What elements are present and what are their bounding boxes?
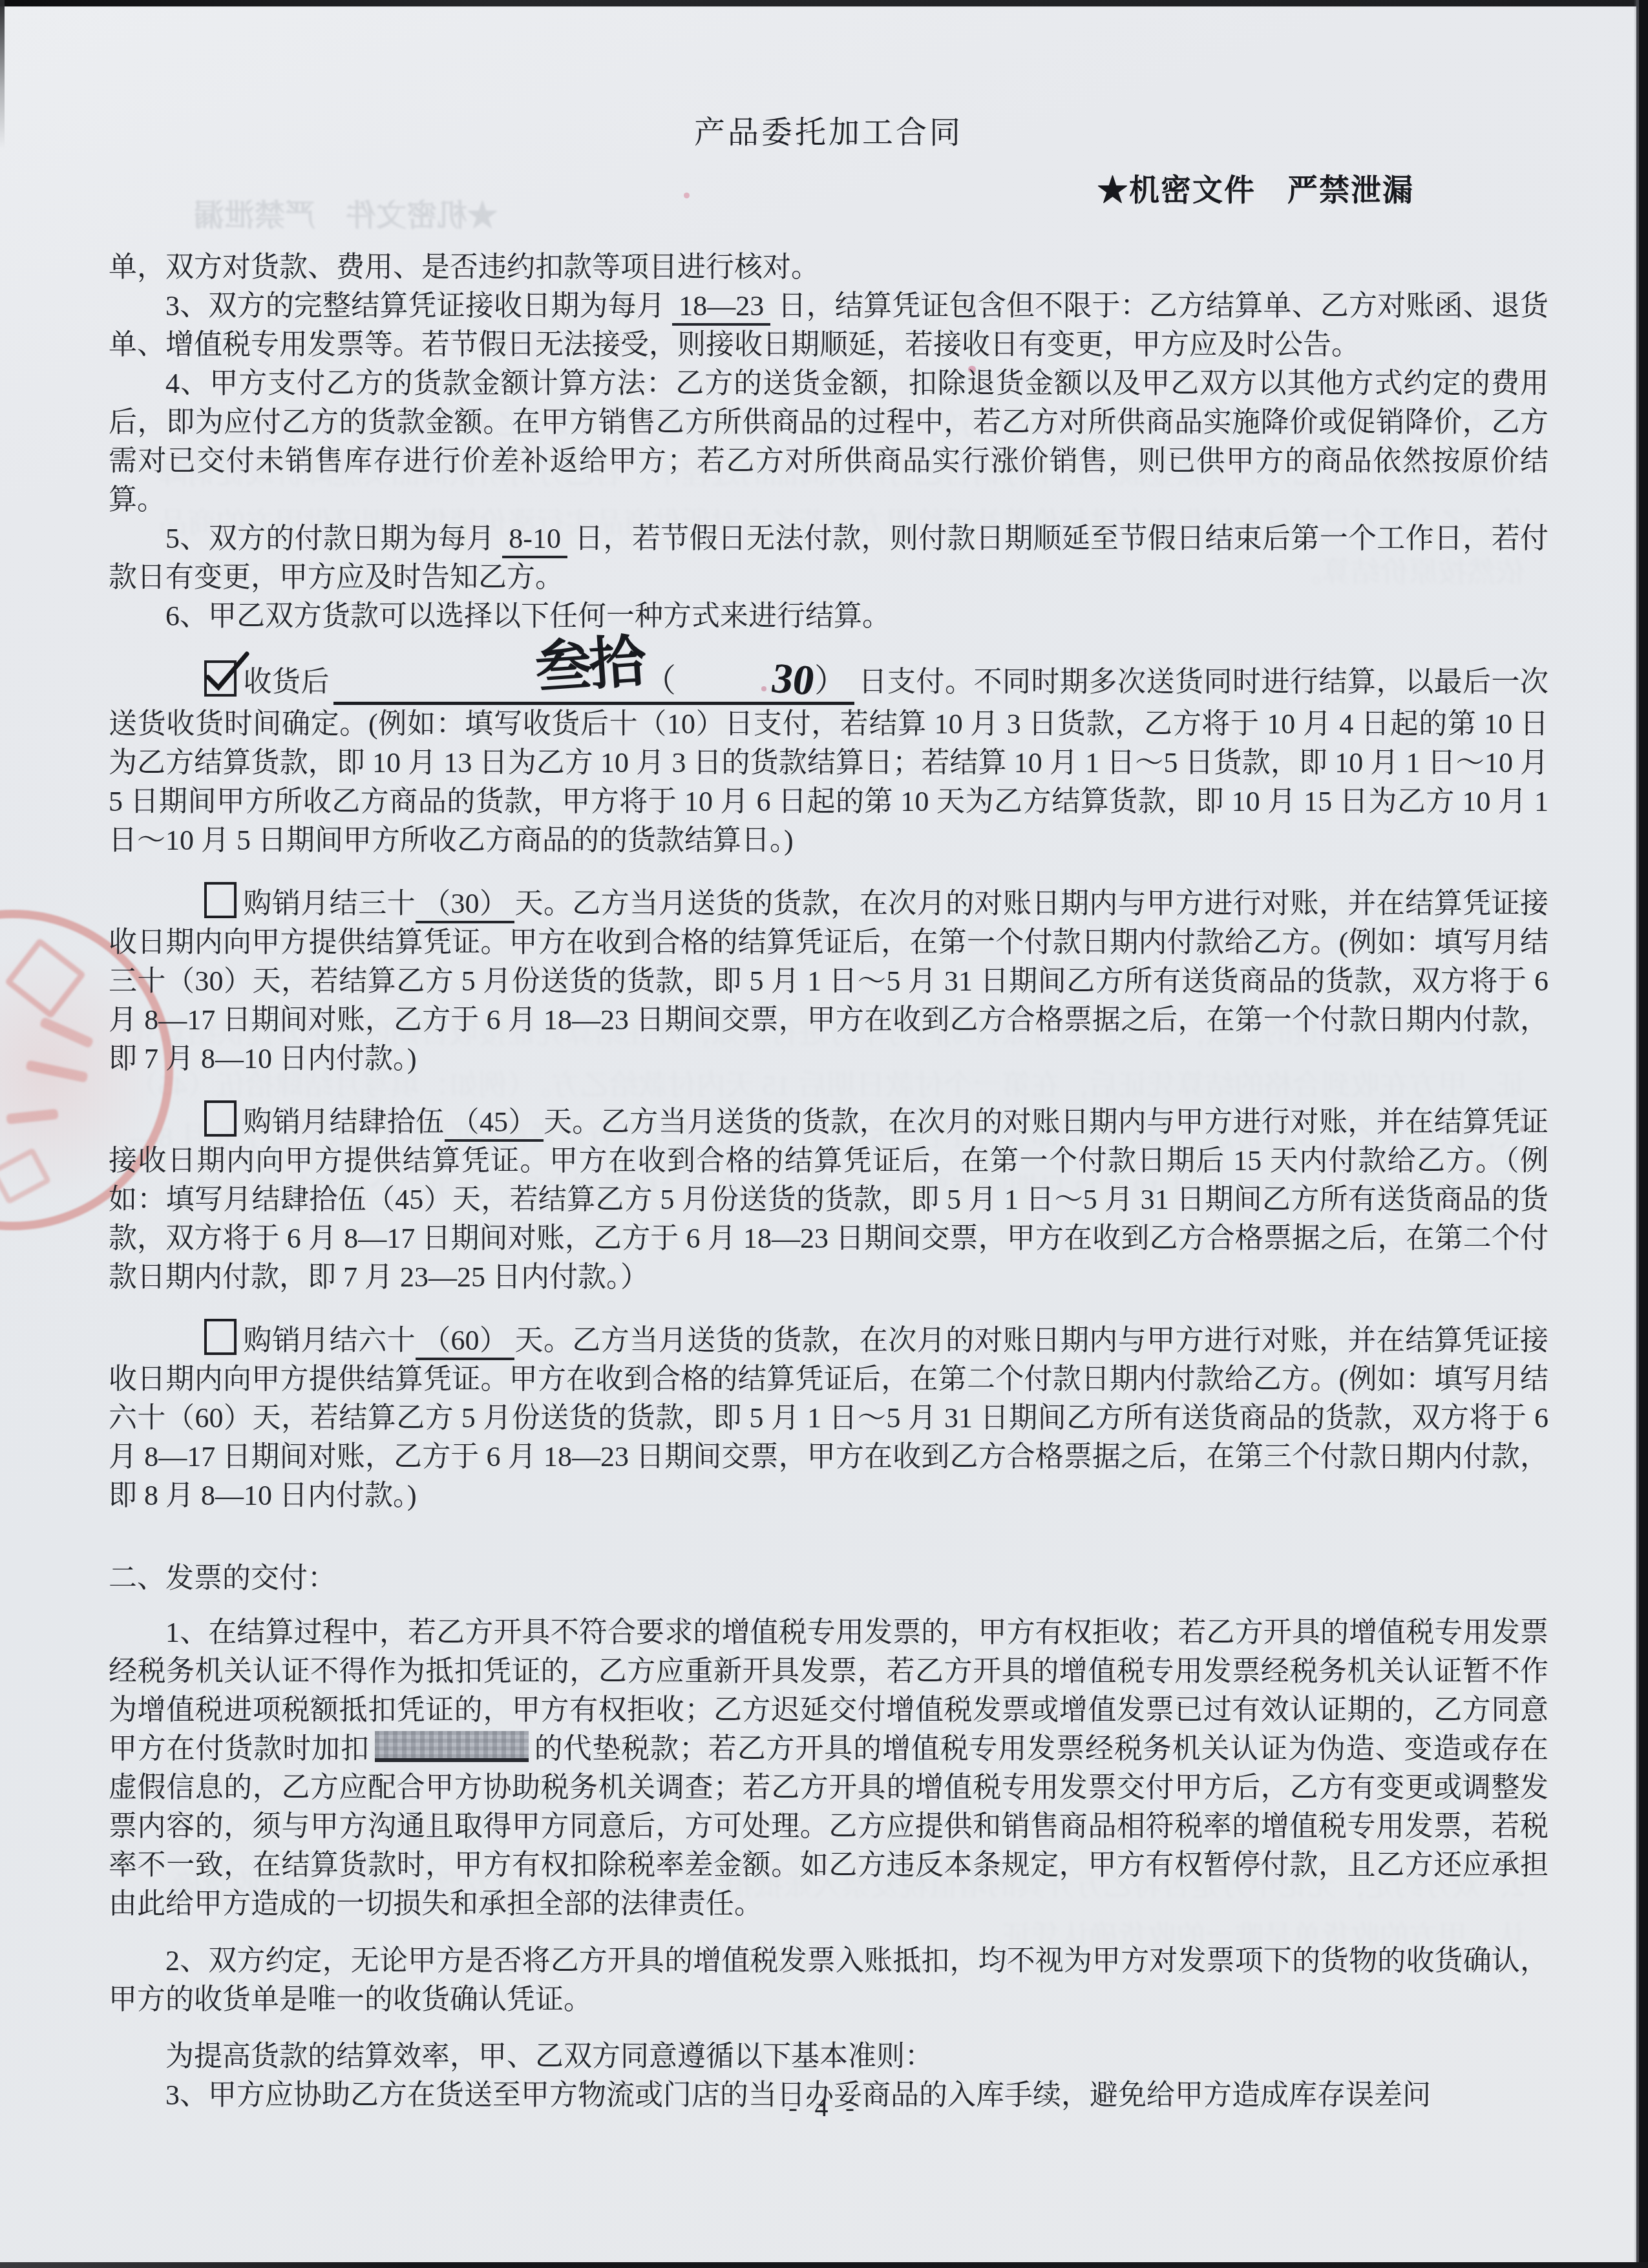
clause-3: 3、双方的完整结算凭证接收日期为每月 18—23 日，结算凭证包含但不限于：乙方… bbox=[109, 287, 1548, 364]
settlement-option-1: 收货后叁拾（30）日支付。不同时期多次送货同时进行结算，以最后一次送货收货时间确… bbox=[109, 658, 1548, 860]
handwritten-fill-line: 叁拾（30） bbox=[333, 658, 854, 705]
clauses-text: 单，双方对货款、费用、是否违约扣款等项目进行核对。 3、双方的完整结算凭证接收日… bbox=[109, 248, 1548, 2115]
section-2-heading: 二、发票的交付： bbox=[109, 1559, 1548, 1598]
option-3-days: （45） bbox=[445, 1106, 544, 1142]
settlement-option-3: 购销月结肆拾伍（45）天。乙方当月送货的货款，在次月的对账日期内与甲方进行对账，… bbox=[109, 1100, 1548, 1297]
paragraph-carryover: 单，双方对货款、费用、是否违约扣款等项目进行核对。 bbox=[109, 248, 1548, 287]
clause-5: 5、双方的付款日期为每月 8-10 日，若节假日无法付款，则付款日期顺延至节假日… bbox=[109, 520, 1548, 597]
clause-invoice-2: 2、双方约定，无论甲方是否将乙方开具的增值税发票入账抵扣，均不视为甲方对发票项下… bbox=[109, 1942, 1548, 2019]
paren-close: ） bbox=[814, 662, 847, 698]
scan-edge-right bbox=[1634, 0, 1648, 2268]
clause-text: 为提高货款的结算效率，甲、乙双方同意遵循以下基本准则： bbox=[165, 2041, 933, 2072]
settlement-option-2: 购销月结三十（30）天。乙方当月送货的货款，在次月的对账日期内与甲方进行对账，并… bbox=[109, 882, 1548, 1078]
check-mark-icon bbox=[202, 650, 253, 702]
clause-6: 6、甲乙双方货款可以选择以下任何一种方式来进行结算。 bbox=[109, 597, 1548, 636]
clause-invoice-principles: 为提高货款的结算效率，甲、乙双方同意遵循以下基本准则： bbox=[109, 2037, 1548, 2076]
checkbox-option-1-checked bbox=[204, 660, 237, 697]
section-heading-text: 二、发票的交付： bbox=[109, 1562, 336, 1594]
option-text: 购销月结三十 bbox=[243, 888, 416, 919]
clause-text: 4、甲方支付乙方的货款金额计算方法：乙方的送货金额，扣除退货金额以及甲乙双方以其… bbox=[109, 368, 1548, 516]
document-body: 产品委托加工合同 ★机密文件 严禁泄漏 单，双方对货款、费用、是否违约扣款等项目… bbox=[109, 0, 1548, 2115]
scanned-contract-page: ★机密文件 严禁泄漏 4、甲方支付乙方的货款金额计算方法：乙方的送货金额，扣除退… bbox=[0, 0, 1648, 2268]
payment-date-range: 8-10 bbox=[502, 523, 567, 558]
paren-open: （ bbox=[644, 662, 676, 698]
option-text: 购销月结肆拾伍 bbox=[243, 1106, 445, 1138]
document-title: 产品委托加工合同 bbox=[109, 107, 1548, 152]
handwritten-amount-number: 30 bbox=[674, 658, 817, 698]
clause-text: 3、双方的完整结算凭证接收日期为每月 bbox=[165, 290, 665, 322]
scan-edge-left bbox=[0, 0, 5, 149]
confidential-mark: ★机密文件 严禁泄漏 bbox=[109, 166, 1548, 209]
checkbox-option-2 bbox=[204, 882, 237, 918]
redacted-tax-amount bbox=[375, 1731, 529, 1762]
settlement-option-4: 购销月结六十（60）天。乙方当月送货的货款，在次月的对账日期内与甲方进行对账，并… bbox=[109, 1319, 1548, 1515]
scan-edge-bottom bbox=[0, 2262, 1648, 2268]
clause-text: 单，双方对货款、费用、是否违约扣款等项目进行核对。 bbox=[109, 251, 819, 283]
clause-4: 4、甲方支付乙方的货款金额计算方法：乙方的送货金额，扣除退货金额以及甲乙双方以其… bbox=[109, 364, 1548, 520]
settlement-voucher-date-range: 18—23 bbox=[672, 290, 770, 326]
checkbox-option-4 bbox=[204, 1319, 237, 1355]
option-text: 购销月结六十 bbox=[243, 1325, 416, 1356]
option-4-days: （60） bbox=[416, 1325, 514, 1360]
clause-invoice-1: 1、在结算过程中，若乙方开具不符合要求的增值税专用发票的，甲方有权拒收；若乙方开… bbox=[109, 1613, 1548, 1924]
page-number: - 4 - bbox=[0, 2092, 1648, 2123]
option-text: 收货后 bbox=[243, 666, 330, 698]
paper-sheet: ★机密文件 严禁泄漏 4、甲方支付乙方的货款金额计算方法：乙方的送货金额，扣除退… bbox=[0, 0, 1648, 2268]
option-2-days: （30） bbox=[416, 888, 514, 923]
clause-text: 5、双方的付款日期为每月 bbox=[165, 523, 495, 554]
clause-text: 6、甲乙双方货款可以选择以下任何一种方式来进行结算。 bbox=[165, 600, 891, 632]
checkbox-option-3 bbox=[204, 1100, 237, 1137]
clause-text: 2、双方约定，无论甲方是否将乙方开具的增值税发票入账抵扣，均不视为甲方对发票项下… bbox=[109, 1945, 1548, 2015]
handwritten-amount-text: 叁拾 bbox=[439, 647, 645, 693]
scan-edge-top bbox=[0, 0, 1648, 6]
